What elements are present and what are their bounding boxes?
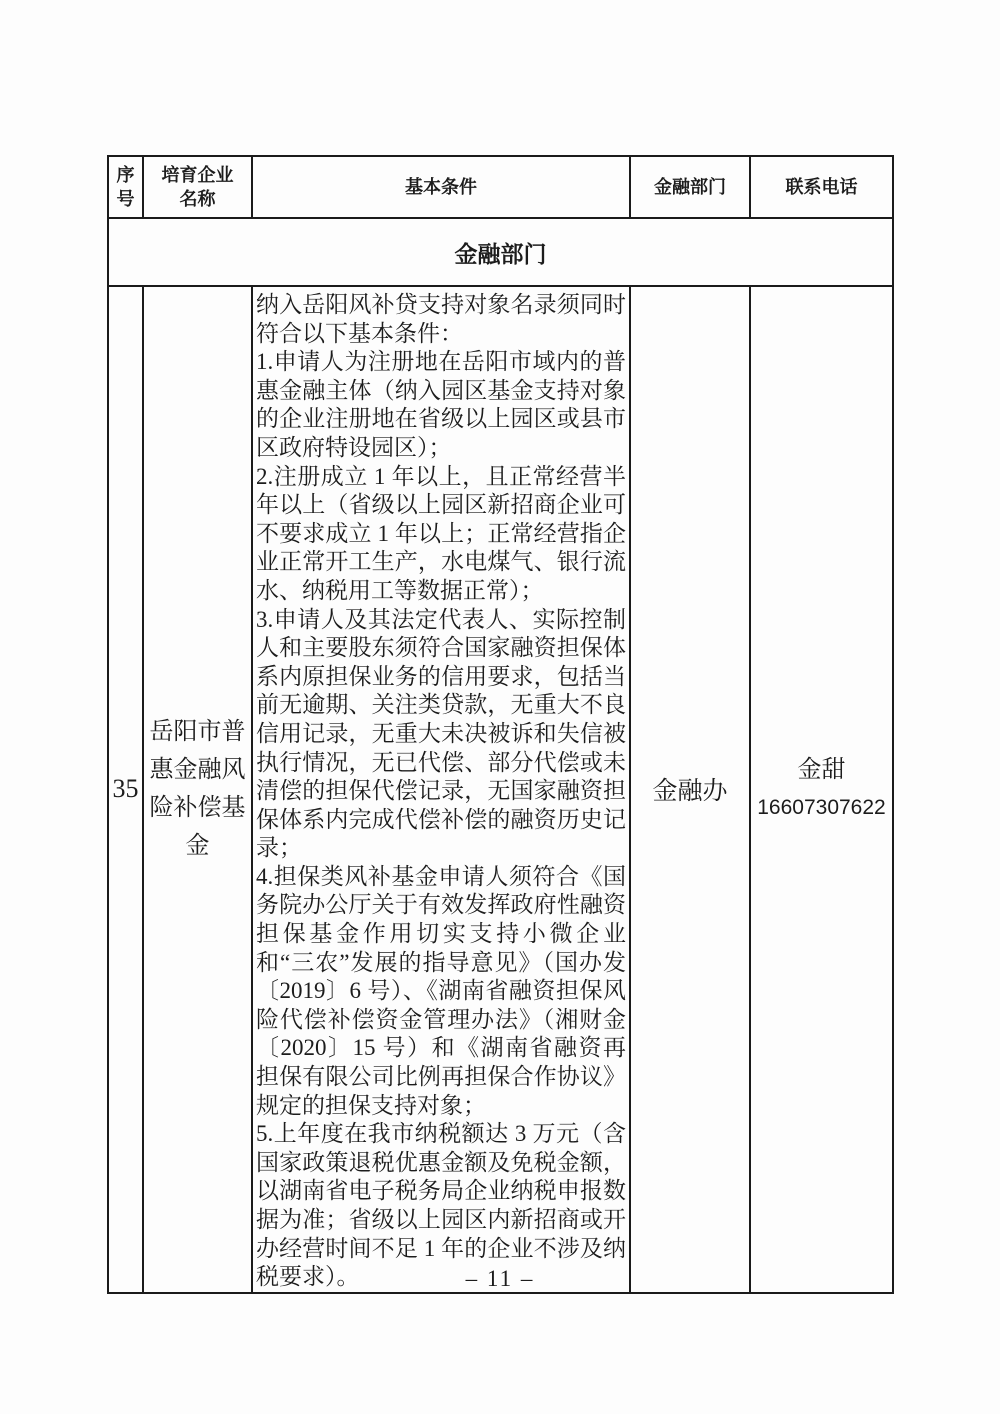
cell-contact: 金甜 16607307622 <box>750 286 893 1293</box>
col-header-department: 金融部门 <box>630 156 750 218</box>
cell-department: 金融办 <box>630 286 750 1293</box>
col-header-phone: 联系电话 <box>750 156 893 218</box>
condition-paragraph-3: 3.申请人及其法定代表人、实际控制人和主要股东须符合国家融资担保体系内原担保业务… <box>256 606 626 863</box>
condition-paragraph-4: 4.担保类风补基金申请人须符合《国务院办公厅关于有效发挥政府性融资担保基金作用切… <box>256 863 626 1120</box>
page-number: – 11 – <box>0 1266 1000 1292</box>
col-header-serial: 序号 <box>108 156 143 218</box>
col-header-company: 培育企业名称 <box>143 156 252 218</box>
table-row: 35 岳阳市普惠金融风险补偿基金 纳入岳阳风补贷支持对象名录须同时符合以下基本条… <box>108 286 893 1293</box>
section-title: 金融部门 <box>108 218 893 286</box>
condition-intro: 纳入岳阳风补贷支持对象名录须同时符合以下基本条件： <box>256 291 626 348</box>
document-page: 序号 培育企业名称 基本条件 金融部门 联系电话 金融部门 35 岳阳市普惠金融… <box>0 0 1000 1414</box>
table-header-row: 序号 培育企业名称 基本条件 金融部门 联系电话 <box>108 156 893 218</box>
cell-basic-conditions: 纳入岳阳风补贷支持对象名录须同时符合以下基本条件： 1.申请人为注册地在岳阳市域… <box>252 286 630 1293</box>
cell-serial-number: 35 <box>108 286 143 1293</box>
condition-paragraph-2: 2.注册成立 1 年以上，且正常经营半年以上（省级以上园区新招商企业可不要求成立… <box>256 463 626 606</box>
col-header-conditions: 基本条件 <box>252 156 630 218</box>
condition-paragraph-1: 1.申请人为注册地在岳阳市域内的普惠金融主体（纳入园区基金支持对象的企业注册地在… <box>256 348 626 462</box>
conditions-table: 序号 培育企业名称 基本条件 金融部门 联系电话 金融部门 35 岳阳市普惠金融… <box>107 155 894 1294</box>
contact-name: 金甜 <box>755 752 888 789</box>
cell-company-name: 岳阳市普惠金融风险补偿基金 <box>143 286 252 1293</box>
contact-phone: 16607307622 <box>755 789 888 826</box>
section-row: 金融部门 <box>108 218 893 286</box>
